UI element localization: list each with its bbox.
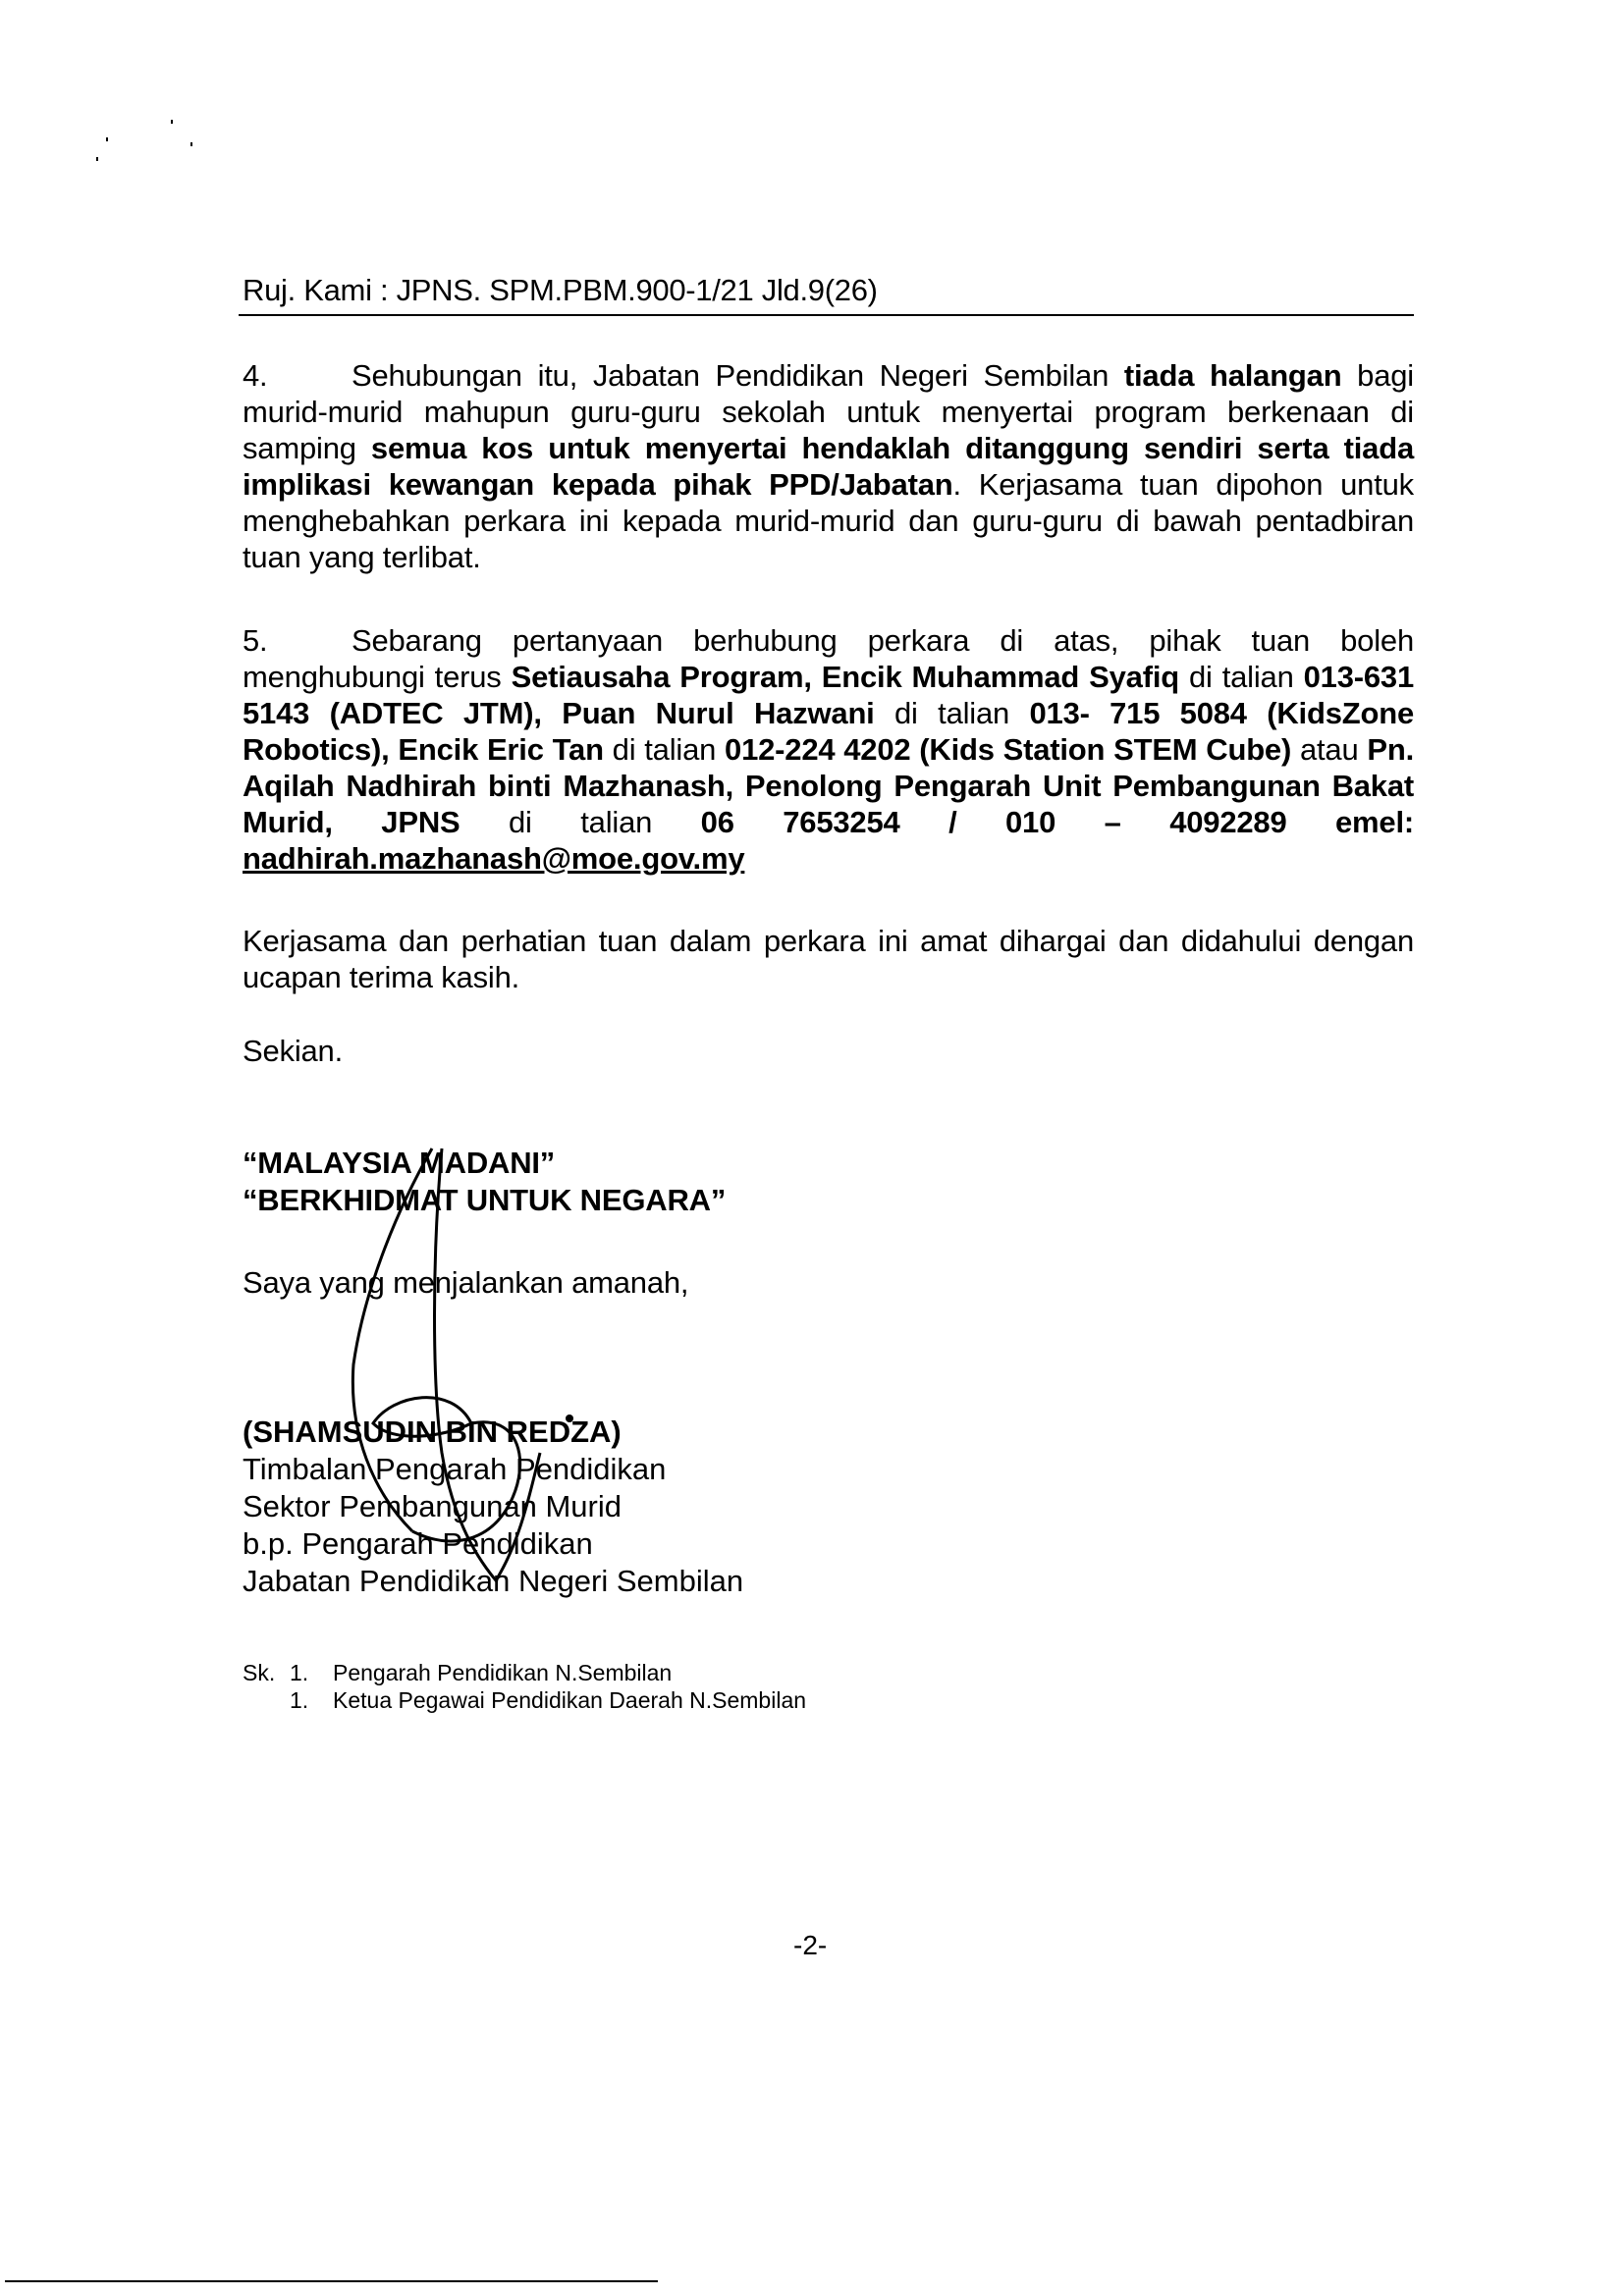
page-number: -2-: [793, 1930, 827, 1961]
paragraph-4: 4.Sehubungan itu, Jabatan Pendidikan Neg…: [243, 357, 1414, 575]
cc-label-spacer: [243, 1686, 290, 1714]
scan-speck: [171, 120, 173, 124]
scan-speck: [96, 157, 98, 161]
scan-speck: [190, 142, 192, 146]
header-divider: [239, 314, 1414, 316]
bold-text: 012-224 4202 (Kids Station STEM Cube): [725, 732, 1291, 767]
cc-number: 1.: [290, 1686, 333, 1714]
footer-divider: [5, 2280, 658, 2282]
signatory-title: Timbalan Pengarah Pendidikan: [243, 1451, 743, 1488]
signatory-sector: Sektor Pembangunan Murid: [243, 1488, 743, 1525]
signatory-bp: b.p. Pengarah Pendidikan: [243, 1525, 743, 1563]
email-link[interactable]: nadhirah.mazhanash@moe.gov.my: [243, 841, 744, 876]
text: di talian: [460, 805, 700, 839]
cc-number: 1.: [290, 1659, 333, 1686]
text: di talian: [1179, 660, 1304, 694]
cc-text: Ketua Pegawai Pendidikan Daerah N.Sembil…: [333, 1686, 806, 1714]
slogan-malaysia-madani: “MALAYSIA MADANI”: [243, 1145, 555, 1181]
cc-text: Pengarah Pendidikan N.Sembilan: [333, 1659, 672, 1686]
text: di talian: [604, 732, 725, 767]
cc-label: Sk.: [243, 1659, 290, 1686]
text: di talian: [875, 696, 1030, 730]
cc-item: Sk. 1. Pengarah Pendidikan N.Sembilan: [243, 1659, 806, 1686]
paragraph-5-body: Sebarang pertanyaan berhubung perkara di…: [243, 623, 1414, 839]
bold-text: Setiausaha Program, Encik Muhammad Syafi…: [512, 660, 1179, 694]
carbon-copy-list: Sk. 1. Pengarah Pendidikan N.Sembilan 1.…: [243, 1659, 806, 1714]
scan-speck: [106, 137, 108, 141]
paragraph-5: 5.Sebarang pertanyaan berhubung perkara …: [243, 622, 1414, 877]
slogan-berkhidmat: “BERKHIDMAT UNTUK NEGARA”: [243, 1182, 726, 1218]
closing-paragraph: Kerjasama dan perhatian tuan dalam perka…: [243, 923, 1414, 995]
text: Sehubungan itu, Jabatan Pendidikan Neger…: [352, 358, 1124, 393]
paragraph-number: 5.: [243, 622, 352, 659]
signatory-name: (SHAMSUDIN BIN REDZA): [243, 1414, 743, 1451]
signatory-block: (SHAMSUDIN BIN REDZA) Timbalan Pengarah …: [243, 1414, 743, 1600]
bold-text: tiada halangan: [1124, 358, 1342, 393]
sekian: Sekian.: [243, 1033, 343, 1069]
signatory-department: Jabatan Pendidikan Negeri Sembilan: [243, 1563, 743, 1600]
bold-text: 06 7653254 / 010 – 4092289 emel:: [701, 805, 1414, 839]
paragraph-4-body: Sehubungan itu, Jabatan Pendidikan Neger…: [243, 358, 1414, 574]
paragraph-number: 4.: [243, 357, 352, 394]
reference-number: Ruj. Kami : JPNS. SPM.PBM.900-1/21 Jld.9…: [243, 273, 1414, 308]
text: atau: [1291, 732, 1367, 767]
cc-item: 1. Ketua Pegawai Pendidikan Daerah N.Sem…: [243, 1686, 806, 1714]
trust-line: Saya yang menjalankan amanah,: [243, 1264, 688, 1301]
